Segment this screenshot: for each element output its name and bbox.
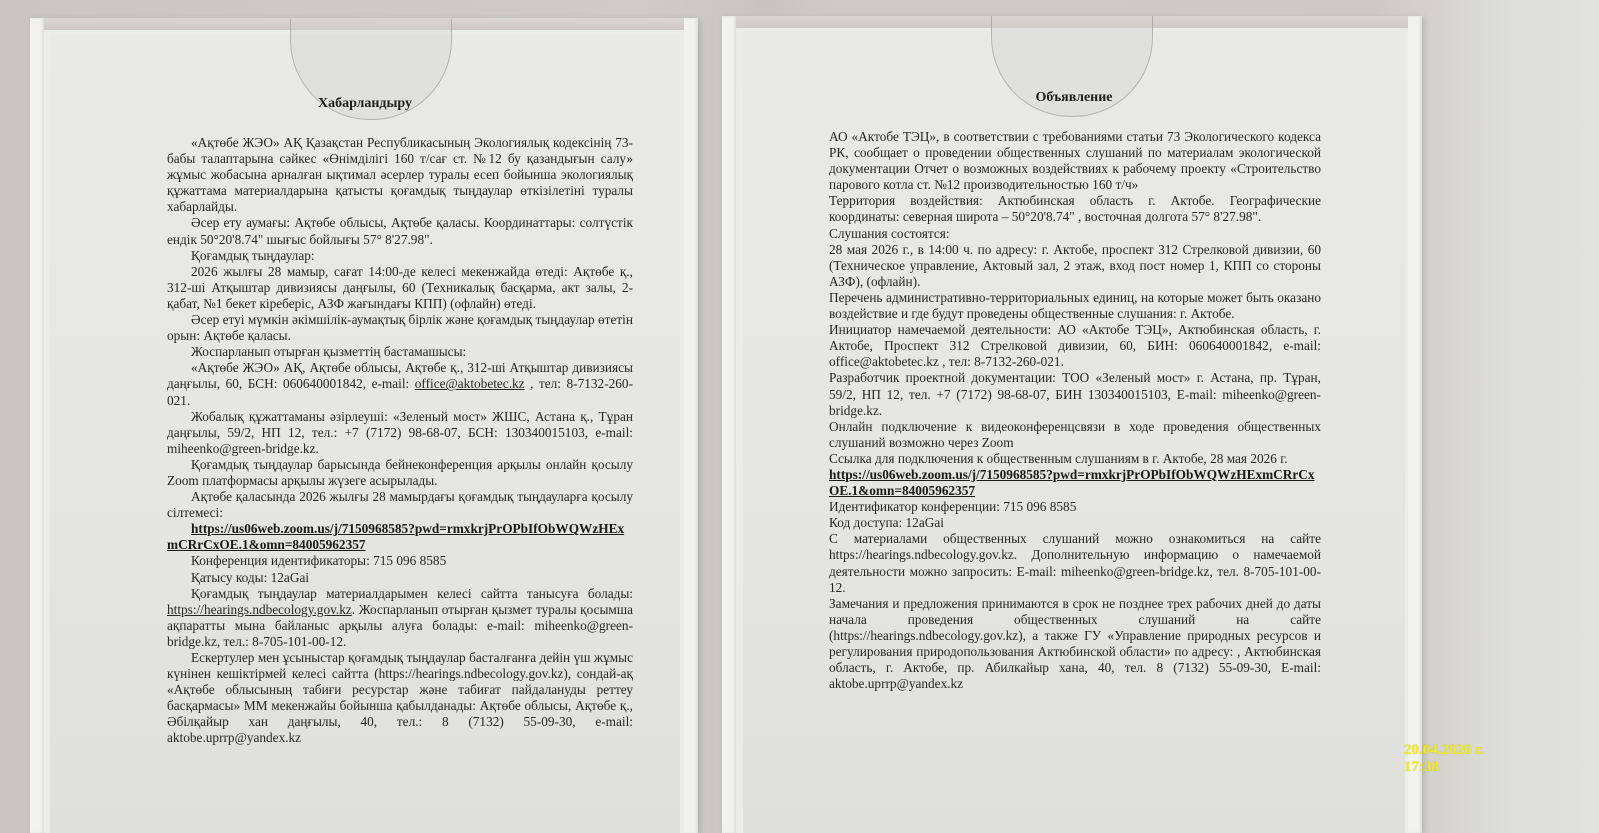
notice-ru-online: Онлайн подключение к видеоконференцсвязи… (829, 419, 1321, 451)
notice-ru-link-intro: Ссылка для подключения к общественным сл… (829, 451, 1321, 467)
notice-kz-hearings-label: Қоғамдық тыңдаулар: (167, 248, 633, 264)
notice-ru-conference-id: Идентификатор конференции: 715 096 8585 (829, 499, 1321, 515)
notice-ru-developer: Разработчик проектной документации: ТОО … (829, 370, 1321, 418)
notice-ru-materials: С материалами общественных слушаний можн… (829, 531, 1321, 595)
notice-kz-intro: «Ақтөбе ЖЭО» АҚ Қазақстан Республикасыны… (167, 135, 633, 215)
notice-ru-hearing-details: 28 мая 2026 г., в 14:00 ч. по адресу: г.… (829, 242, 1321, 290)
notice-kz-online: Қоғамдық тыңдаулар барысында бейнеконфер… (167, 457, 633, 489)
notice-kz-initiator-label: Жоспарланып отырған қызметтің бастамашыс… (167, 344, 633, 360)
photo-timestamp: 20.04.2026 г. 17:38 (1404, 742, 1484, 776)
timestamp-date: 20.04.2026 г. (1404, 742, 1484, 759)
notice-ru-admin-units: Перечень административно-территориальных… (829, 290, 1321, 322)
notice-kz-admin-units: Әсер етуі мүмкін әкімшілік-аумақтық бірл… (167, 312, 633, 344)
notice-ru-initiator: Инициатор намечаемой деятельности: АО «А… (829, 322, 1321, 370)
notice-ru-zoom-link-row: https://us06web.zoom.us/j/7150968585?pwd… (829, 467, 1321, 499)
notice-kz-initiator: «Ақтөбе ЖЭО» АҚ, Ақтөбе облысы, Ақтөбе қ… (167, 360, 633, 408)
notice-ru-body: АО «Актобе ТЭЦ», в соответствии с требов… (829, 129, 1321, 692)
materials-text: Қоғамдық тыңдаулар материалдарымен келес… (191, 586, 633, 601)
notice-kz-body: «Ақтөбе ЖЭО» АҚ Қазақстан Республикасыны… (167, 135, 633, 747)
notice-kz-territory: Әсер ету аумағы: Ақтөбе облысы, Ақтөбе қ… (167, 215, 633, 247)
frame-left-side-edge (30, 18, 44, 833)
notice-kz-access-code: Қатысу коды: 12aGai (167, 570, 633, 586)
frame-right-right-edge (1408, 16, 1422, 833)
notice-kz-zoom-link-row: https://us06web.zoom.us/j/7150968585?pwd… (167, 521, 633, 553)
notice-ru-hearings-label: Слушания состоятся: (829, 226, 1321, 242)
notice-ru-remarks: Замечания и предложения принимаются в ср… (829, 596, 1321, 693)
timestamp-time: 17:38 (1404, 759, 1484, 776)
hearings-site-link[interactable]: https://hearings.ndbecology.gov.kz (167, 602, 352, 617)
frame-right-side-edge (722, 16, 736, 833)
frame-left-right-edge (684, 18, 698, 833)
initiator-email-link[interactable]: office@aktobetec.kz (415, 376, 525, 391)
notice-kz-hearing-details: 2026 жылғы 28 мамыр, сағат 14:00-де келе… (167, 264, 633, 312)
notice-ru-intro: АО «Актобе ТЭЦ», в соответствии с требов… (829, 129, 1321, 193)
notice-kz-conference-id: Конференция идентификаторы: 715 096 8585 (167, 553, 633, 569)
notice-kz-paper: Хабарландыру «Ақтөбе ЖЭО» АҚ Қазақстан Р… (50, 34, 680, 833)
wall-background (1448, 0, 1599, 833)
zoom-link[interactable]: https://us06web.zoom.us/j/7150968585?pwd… (829, 467, 1315, 498)
notice-kz-title: Хабарландыру (50, 96, 680, 112)
notice-ru-title: Объявление (743, 90, 1405, 106)
notice-ru-paper: Объявление АО «Актобе ТЭЦ», в соответств… (743, 30, 1405, 833)
notice-kz-remarks: Ескертулер мен ұсыныстар қоғамдық тыңдау… (167, 650, 633, 747)
notice-kz-materials: Қоғамдық тыңдаулар материалдарымен келес… (167, 586, 633, 650)
notice-kz-developer: Жобалық құжаттаманы әзірлеуші: «Зеленый … (167, 409, 633, 457)
notice-ru-access-code: Код доступа: 12aGai (829, 515, 1321, 531)
notice-kz-link-intro: Ақтөбе қаласында 2026 жылғы 28 мамырдағы… (167, 489, 633, 521)
notice-ru-territory: Территория воздействия: Актюбинская обла… (829, 193, 1321, 225)
zoom-link[interactable]: https://us06web.zoom.us/j/7150968585?pwd… (167, 521, 624, 552)
